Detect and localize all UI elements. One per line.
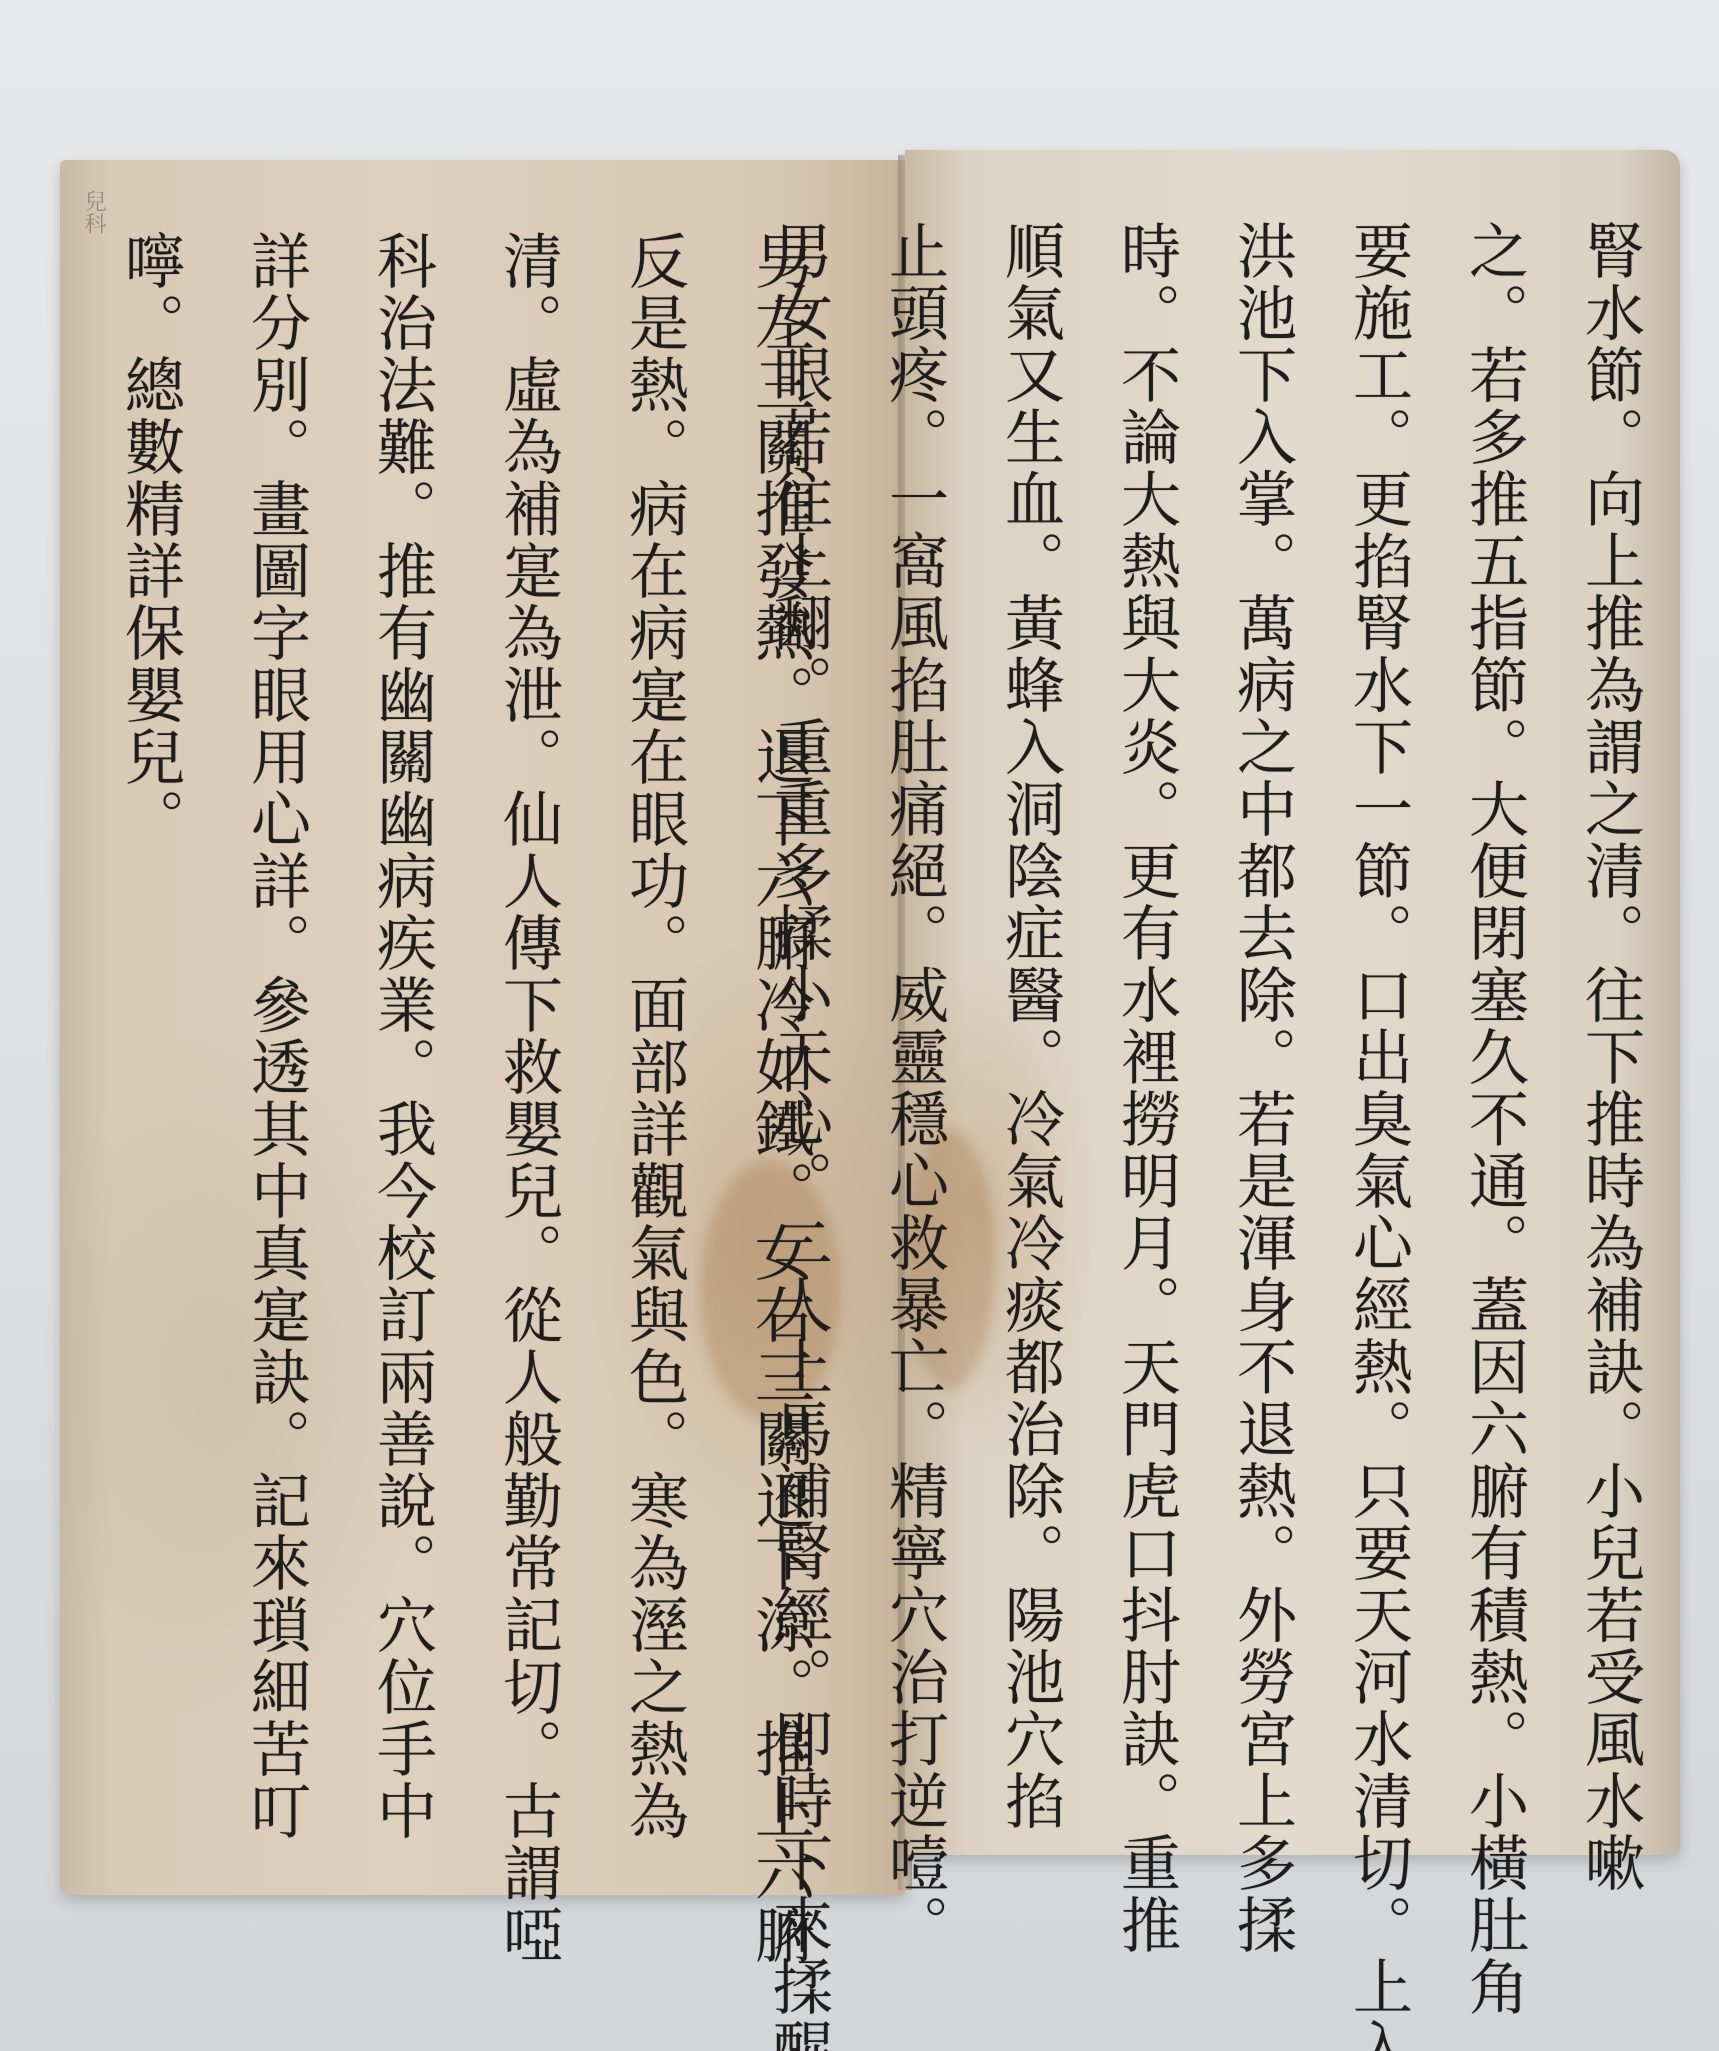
text-column: 反是熱。病在病寔在眼功。面部詳觀氣與色。寒為溼之熱為 [624,230,684,1815]
open-manuscript-book: 兒科 男左三關推發熱。退下六腑冷如鐵。女右三關退下涼。推上六腑 反是熱。病在病寔… [60,155,1680,1895]
text-column: 嚀。總數精詳保嬰兒。 [120,230,180,1815]
text-column: 男女眼若往上翻。重重多揉小天心。二人上馬補腎經。即時下來揉醒些。 [768,220,828,1775]
text-column: 之。若多推五指節。大便閉塞久不通。蓋因六腑有積熱。小橫肚角 [1464,220,1524,1775]
edge-mark: 兒科 [78,190,109,234]
right-page: 腎水節。向上推為謂之清。往下推時為補訣。小兒若受風水嗽 之。若多推五指節。大便閉… [905,150,1680,1855]
text-column: 時。不論大熱與大炎。更有水裡撈明月。天門虎口抖肘訣。重推 [1116,220,1176,1775]
text-column: 要施工。更掐腎水下一節。口出臭氣心經熱。只要天河水清切。上入 [1348,220,1408,1775]
right-text-columns: 腎水節。向上推為謂之清。往下推時為補訣。小兒若受風水嗽 之。若多推五指節。大便閉… [945,220,1640,1775]
text-column: 科治法難。推有幽關幽病疾業。我今校訂兩善說。穴位手中 [372,230,432,1815]
text-column: 止頭疼。一窩風掐肚痛絕。威靈穩心救暴亡。精寧穴治打逆噎。 [884,220,944,1775]
text-column: 清。虛為補寔為泄。仙人傳下救嬰兒。從人般勤常記切。古謂啞 [498,230,558,1815]
text-column: 腎水節。向上推為謂之清。往下推時為補訣。小兒若受風水嗽 [1580,220,1640,1775]
text-column: 順氣又生血。黃蜂入洞陰症醫。冷氣冷痰都治除。陽池穴掐 [1000,220,1060,1775]
text-column: 洪池下入掌。萬病之中都去除。若是渾身不退熱。外勞宮上多揉 [1232,220,1292,1775]
left-text-columns: 男左三關推發熱。退下六腑冷如鐵。女右三關退下涼。推上六腑 反是熱。病在病寔在眼功… [100,230,810,1815]
text-column: 詳分別。畫圖字眼用心詳。參透其中真寔訣。記來瑣細苦叮 [246,230,306,1815]
